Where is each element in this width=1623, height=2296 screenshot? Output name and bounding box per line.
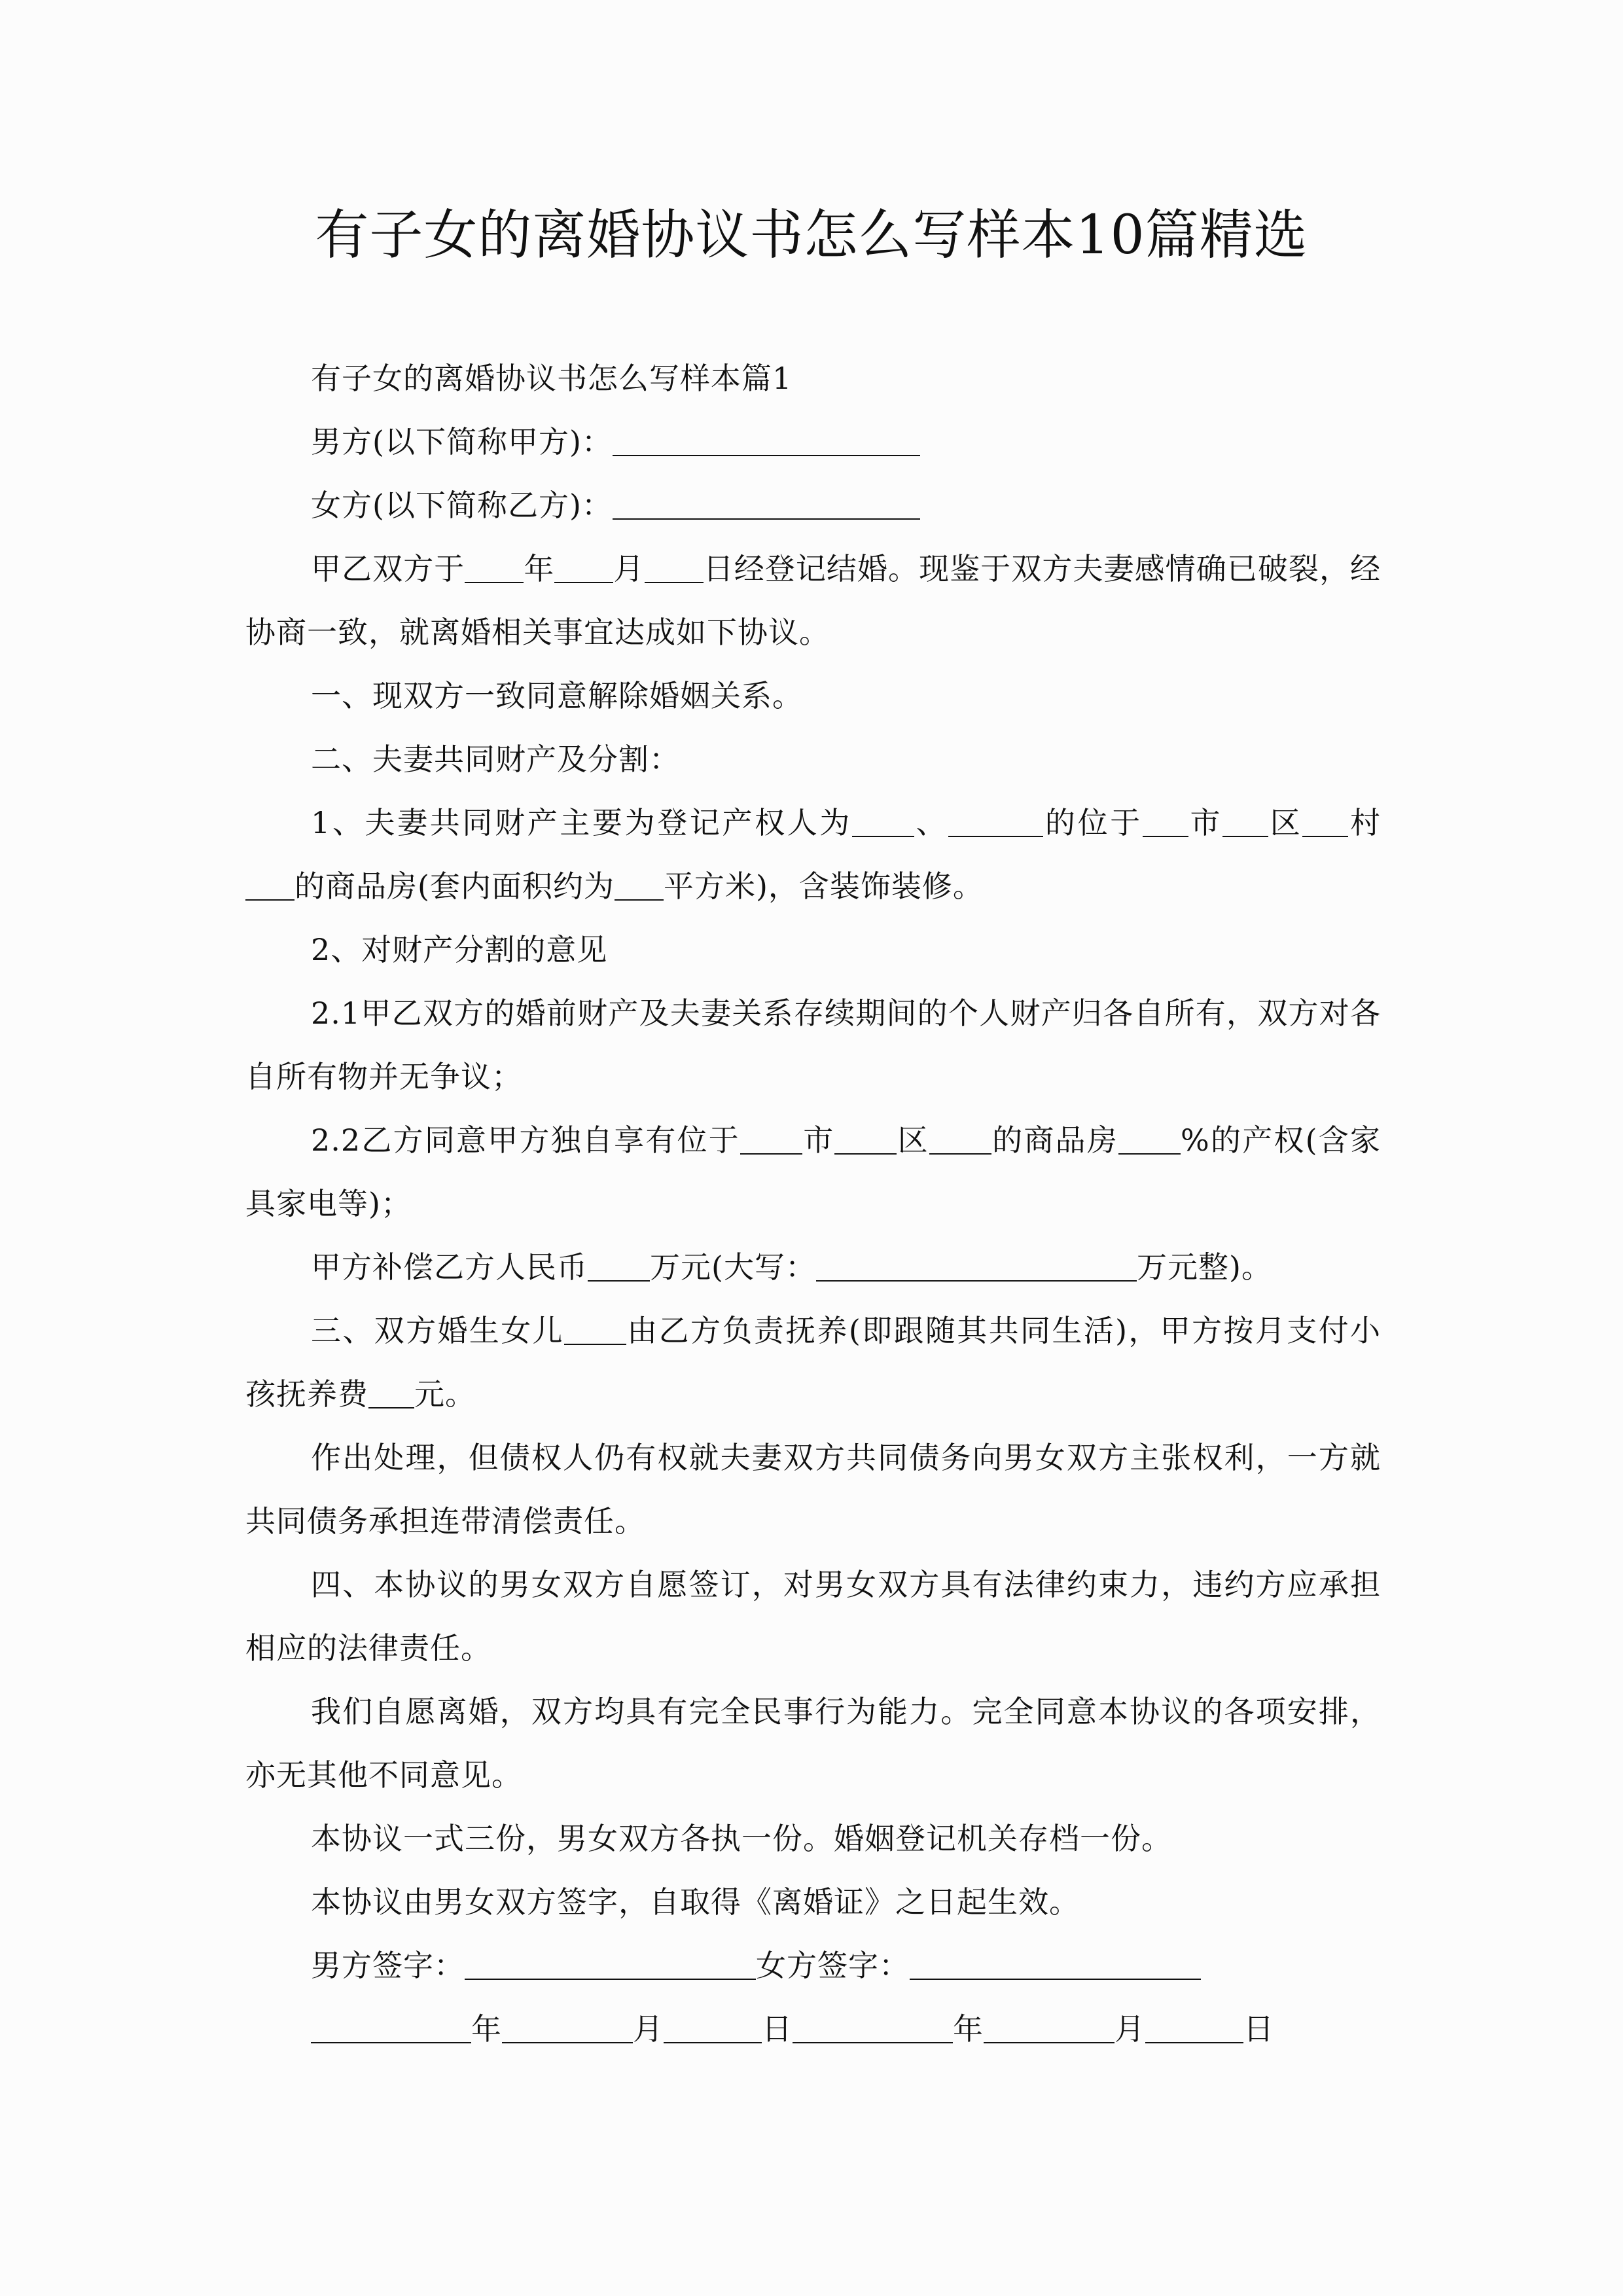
item-2-2: 2.2乙方同意甲方独自享有位于市区的商品房%的产权(含家具家电等)； — [245, 1109, 1381, 1236]
female-signature-field[interactable] — [910, 1948, 1201, 1980]
text: 年 — [524, 551, 554, 586]
marriage-registration-paragraph: 甲乙双方于年月日经登记结婚。现鉴于双方夫妻感情确已破裂，经协商一致，就离婚相关事… — [245, 537, 1381, 664]
year-label: 年 — [471, 2011, 502, 2047]
text: 平方米)，含装饰装修。 — [664, 869, 984, 904]
day-label: 日 — [1243, 2011, 1274, 2047]
male-date-day-field[interactable] — [664, 2012, 762, 2043]
house-district-field[interactable] — [834, 1123, 897, 1155]
section-heading: 有子女的离婚协议书怎么写样本篇1 — [245, 347, 1381, 410]
owner-1-field[interactable] — [852, 806, 914, 837]
female-party-name-field[interactable] — [613, 488, 920, 520]
text: 甲方补偿乙方人民币 — [311, 1249, 588, 1285]
male-signature-label: 男方签字： — [311, 1948, 465, 1983]
text: 我们自愿离婚，双方均具有完全民事行为能力。完全同意本协议的各项安排，亦无其他不同… — [245, 1694, 1381, 1793]
year-label: 年 — [953, 2011, 984, 2047]
house-name-field[interactable] — [929, 1123, 991, 1155]
month-label: 月 — [633, 2011, 664, 2047]
male-date-year-field[interactable] — [311, 2012, 471, 2043]
clause-1: 一、现双方一致同意解除婚姻关系。 — [245, 664, 1381, 728]
debt-paragraph: 作出处理，但债权人仍有权就夫妻双方共同债务向男女双方主张权利，一方就共同债务承担… — [245, 1426, 1381, 1553]
owner-2-field[interactable] — [948, 806, 1043, 837]
text: 元。 — [414, 1376, 476, 1412]
document-body: 有子女的离婚协议书怎么写样本篇1 男方(以下简称甲方)： 女方(以下简称乙方)：… — [245, 347, 1381, 2061]
text: 二、夫妻共同财产及分割： — [311, 742, 680, 777]
female-party-label: 女方(以下简称乙方)： — [311, 488, 613, 523]
document-page: 有子女的离婚协议书怎么写样本10篇精选 有子女的离婚协议书怎么写样本篇1 男方(… — [0, 0, 1623, 2296]
text: 1、夫妻共同财产主要为登记产权人为 — [311, 805, 852, 840]
clause-2: 二、夫妻共同财产及分割： — [245, 728, 1381, 791]
female-date-year-field[interactable] — [793, 2012, 953, 2043]
male-party-name-field[interactable] — [613, 425, 920, 456]
female-party-line: 女方(以下简称乙方)： — [245, 474, 1381, 537]
ownership-percent-field[interactable] — [1118, 1123, 1181, 1155]
daughter-name-field[interactable] — [564, 1314, 626, 1345]
text: 一、现双方一致同意解除婚姻关系。 — [311, 678, 803, 713]
item-2: 2、对财产分割的意见 — [245, 918, 1381, 982]
text: 本协议由男女双方签字，自取得《离婚证》之日起生效。 — [311, 1884, 1080, 1920]
marriage-day-field[interactable] — [645, 552, 704, 583]
text: 四、本协议的男女双方自愿签订，对男女双方具有法律约束力，违约方应承担相应的法律责… — [245, 1567, 1381, 1666]
compensation-paragraph: 甲方补偿乙方人民币万元(大写：万元整)。 — [245, 1236, 1381, 1299]
signature-line: 男方签字：女方签字： — [245, 1934, 1381, 1998]
document-title: 有子女的离婚协议书怎么写样本10篇精选 — [0, 196, 1623, 275]
text: 的位于 — [1043, 805, 1143, 840]
text: 村 — [1348, 805, 1381, 840]
text: 万元(大写： — [650, 1249, 816, 1285]
male-party-line: 男方(以下简称甲方)： — [245, 410, 1381, 474]
text: 作出处理，但债权人仍有权就夫妻双方共同债务向男女双方主张权利，一方就共同债务承担… — [245, 1440, 1381, 1539]
voluntary-paragraph: 我们自愿离婚，双方均具有完全民事行为能力。完全同意本协议的各项安排，亦无其他不同… — [245, 1680, 1381, 1807]
female-signature-label: 女方签字： — [756, 1948, 910, 1983]
item-1-paragraph: 1、夫妻共同财产主要为登记产权人为、的位于市区村的商品房(套内面积约为平方米)，… — [245, 791, 1381, 918]
compensation-uppercase-field[interactable] — [816, 1250, 1137, 1282]
text: 区 — [897, 1122, 929, 1158]
male-party-label: 男方(以下简称甲方)： — [311, 424, 613, 459]
clause-4: 四、本协议的男女双方自愿签订，对男女双方具有法律约束力，违约方应承担相应的法律责… — [245, 1553, 1381, 1680]
male-signature-field[interactable] — [465, 1948, 756, 1980]
female-date-day-field[interactable] — [1145, 2012, 1243, 2043]
city-field[interactable] — [1143, 806, 1188, 837]
village-field[interactable] — [1302, 806, 1348, 837]
month-label: 月 — [1115, 2011, 1145, 2047]
female-date-month-field[interactable] — [984, 2012, 1115, 2043]
item-2-1: 2.1甲乙双方的婚前财产及夫妻关系存续期间的个人财产归各自所有，双方对各自所有物… — [245, 982, 1381, 1109]
house-city-field[interactable] — [740, 1123, 802, 1155]
area-field[interactable] — [615, 869, 664, 901]
district-field[interactable] — [1222, 806, 1268, 837]
day-label: 日 — [762, 2011, 793, 2047]
effective-paragraph: 本协议由男女双方签字，自取得《离婚证》之日起生效。 — [245, 1871, 1381, 1934]
text: 甲乙双方于 — [311, 551, 465, 586]
compensation-amount-field[interactable] — [588, 1250, 650, 1282]
text: 市 — [802, 1122, 834, 1158]
male-date-month-field[interactable] — [502, 2012, 633, 2043]
address-field[interactable] — [245, 869, 294, 901]
text: 区 — [1268, 805, 1302, 840]
text: 市 — [1188, 805, 1222, 840]
text: 的商品房 — [991, 1122, 1118, 1158]
text: 的商品房(套内面积约为 — [294, 869, 615, 904]
text: 2.1甲乙双方的婚前财产及夫妻关系存续期间的个人财产归各自所有，双方对各自所有物… — [245, 996, 1381, 1094]
date-line: 年月日年月日 — [245, 1998, 1381, 2061]
section-heading-text: 有子女的离婚协议书怎么写样本篇1 — [311, 361, 792, 396]
text: 本协议一式三份，男女双方各执一份。婚姻登记机关存档一份。 — [311, 1821, 1172, 1856]
text: 月 — [613, 551, 644, 586]
text: 2、对财产分割的意见 — [311, 932, 607, 967]
marriage-year-field[interactable] — [465, 552, 524, 583]
text: 万元整)。 — [1137, 1249, 1272, 1285]
marriage-month-field[interactable] — [554, 552, 613, 583]
copies-paragraph: 本协议一式三份，男女双方各执一份。婚姻登记机关存档一份。 — [245, 1807, 1381, 1871]
clause-3: 三、双方婚生女儿由乙方负责抚养(即跟随其共同生活)，甲方按月支付小孩抚养费元。 — [245, 1299, 1381, 1426]
child-support-amount-field[interactable] — [368, 1377, 414, 1408]
text: 三、双方婚生女儿 — [311, 1313, 564, 1348]
text: 2.2乙方同意甲方独自享有位于 — [311, 1122, 740, 1158]
text: 、 — [914, 805, 948, 840]
